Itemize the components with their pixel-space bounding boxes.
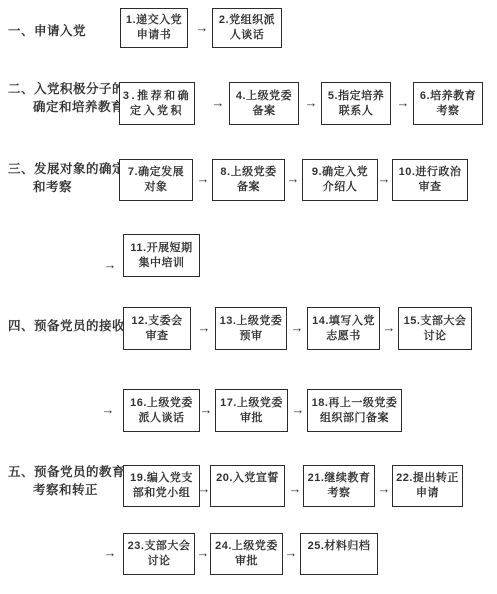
arrow-right-icon: → <box>288 482 302 496</box>
step-box-23: 23.支部大会 讨论 <box>123 533 195 575</box>
step-label-11: 11.开展短期 集中培训 <box>130 241 192 271</box>
step-box-4: 4.上级党委 备案 <box>229 82 299 125</box>
step-box-9: 9.确定入党 介绍人 <box>302 159 378 201</box>
arrow-right-icon: → <box>284 546 298 560</box>
step-box-3: 3.推荐和确 定入党积 <box>119 82 195 125</box>
step-label-19: 19.编入党支 部和党小组 <box>130 471 193 501</box>
stage-label-4: 四、预备党员的接收 <box>8 317 125 335</box>
arrow-right-icon: → <box>196 172 210 186</box>
step-label-24: 24.上级党委 审批 <box>215 539 278 569</box>
step-label-23: 23.支部大会 讨论 <box>128 539 191 569</box>
stage-label-3: 三、发展对象的确定 和考察 <box>8 160 125 196</box>
stage-label-2: 二、入党积极分子的 确定和培养教育 <box>8 80 125 116</box>
step-label-14: 14.填写入党 志愿书 <box>312 314 375 344</box>
arrow-right-icon: → <box>195 21 209 35</box>
step-box-8: 8.上级党委 备案 <box>212 159 285 201</box>
step-box-16: 16.上级党委 派人谈话 <box>123 389 200 432</box>
step-box-11: 11.开展短期 集中培训 <box>123 234 200 277</box>
step-box-20: 20.入党宣誓 <box>210 465 285 507</box>
arrow-right-icon: → <box>211 96 225 110</box>
step-box-2: 2.党组织派 人谈话 <box>212 8 282 48</box>
step-label-8: 8.上级党委 备案 <box>220 165 276 195</box>
arrow-right-icon: → <box>291 403 305 417</box>
step-label-1: 1.递交入党 申请书 <box>126 13 182 43</box>
arrow-right-icon: → <box>290 321 304 335</box>
arrow-right-icon: → <box>103 258 117 272</box>
step-box-22: 22.提出转正 申请 <box>392 465 463 507</box>
arrow-right-icon: → <box>196 546 210 560</box>
arrow-right-icon: → <box>396 96 410 110</box>
step-label-12: 12.支委会 审查 <box>131 314 182 344</box>
step-box-10: 10.进行政治 审查 <box>392 159 468 201</box>
arrow-right-icon: → <box>197 482 211 496</box>
step-label-13: 13.上级党委 预审 <box>220 314 283 344</box>
step-label-9: 9.确定入党 介绍人 <box>312 165 368 195</box>
step-label-7: 7.确定发展 对象 <box>128 165 184 195</box>
step-box-5: 5.指定培养 联系人 <box>321 82 391 125</box>
arrow-right-icon: → <box>377 172 391 186</box>
step-label-25: 25.材料归档 <box>308 534 371 554</box>
step-label-17: 17.上级党委 审批 <box>220 396 283 426</box>
step-box-15: 15.支部大会 讨论 <box>398 307 472 350</box>
step-label-6: 6.培养教育 考察 <box>420 89 476 119</box>
arrow-right-icon: → <box>197 321 211 335</box>
step-box-25: 25.材料归档 <box>300 533 378 575</box>
step-box-6: 6.培养教育 考察 <box>413 82 483 125</box>
step-label-16: 16.上级党委 派人谈话 <box>130 396 193 426</box>
step-box-14: 14.填写入党 志愿书 <box>307 307 380 350</box>
step-box-13: 13.上级党委 预审 <box>215 307 287 350</box>
step-box-24: 24.上级党委 审批 <box>210 533 283 575</box>
stage-label-1: 一、申请入党 <box>8 22 86 40</box>
step-box-19: 19.编入党支 部和党小组 <box>123 465 200 507</box>
step-label-5: 5.指定培养 联系人 <box>328 89 384 119</box>
step-label-20: 20.入党宣誓 <box>216 466 279 486</box>
arrow-right-icon: → <box>103 546 117 560</box>
stage-label-5: 五、预备党员的教育 考察和转正 <box>8 463 125 499</box>
step-label-18: 18.再上一级党委 组织部门备案 <box>312 396 398 426</box>
arrow-right-icon: → <box>382 321 396 335</box>
step-box-1: 1.递交入党 申请书 <box>120 8 188 48</box>
arrow-right-icon: → <box>286 172 300 186</box>
step-box-7: 7.确定发展 对象 <box>119 159 193 201</box>
step-label-4: 4.上级党委 备案 <box>236 89 292 119</box>
step-label-21: 21.继续教育 考察 <box>308 471 371 501</box>
step-label-10: 10.进行政治 审查 <box>399 165 462 195</box>
step-label-15: 15.支部大会 讨论 <box>404 314 467 344</box>
step-box-17: 17.上级党委 审批 <box>215 389 288 432</box>
flowchart-canvas: 一、申请入党 二、入党积极分子的 确定和培养教育 三、发展对象的确定 和考察 四… <box>0 0 497 594</box>
arrow-right-icon: → <box>199 403 213 417</box>
arrow-right-icon: → <box>101 403 115 417</box>
step-label-2: 2.党组织派 人谈话 <box>219 13 275 43</box>
step-box-21: 21.继续教育 考察 <box>303 465 375 507</box>
arrow-right-icon: → <box>304 96 318 110</box>
step-box-18: 18.再上一级党委 组织部门备案 <box>307 389 402 432</box>
arrow-right-icon: → <box>377 482 391 496</box>
step-box-12: 12.支委会 审查 <box>123 307 191 350</box>
step-label-22: 22.提出转正 申请 <box>396 471 459 501</box>
step-label-3: 3.推荐和确 定入党积 <box>123 89 191 119</box>
